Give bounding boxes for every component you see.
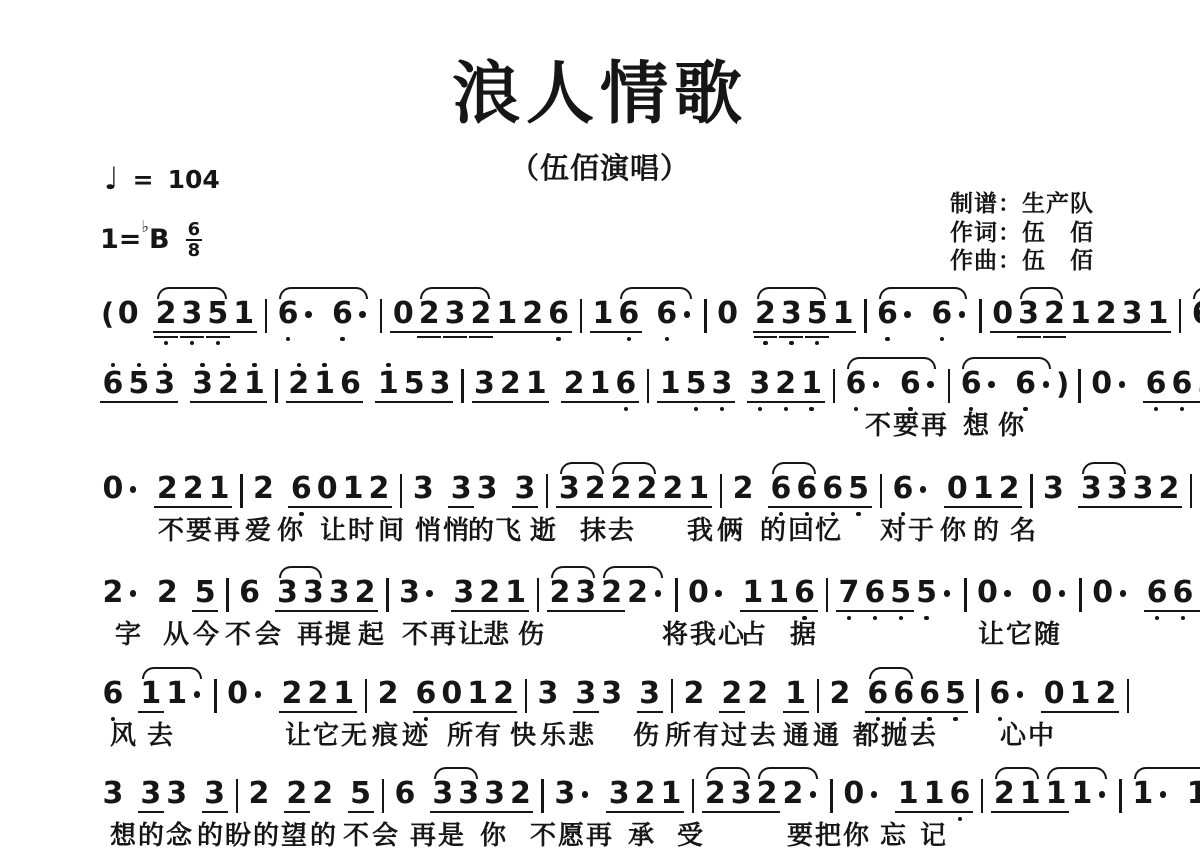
- key-prefix: 1=: [100, 224, 141, 255]
- note-digit: 1: [375, 367, 401, 403]
- note-digit: 3: [100, 777, 126, 811]
- note-digit: 2: [625, 576, 651, 610]
- note-digit: 1: [138, 677, 164, 713]
- tempo-marking: ♩ = 104: [104, 164, 220, 194]
- note-digit: 1: [1017, 777, 1043, 813]
- augmentation-dot: [130, 590, 137, 597]
- barline: [461, 369, 464, 403]
- barline: [1190, 474, 1193, 508]
- slur-arc: 66: [616, 297, 696, 333]
- note-digit: 3: [573, 677, 599, 713]
- note-digit: 2: [352, 576, 378, 612]
- note-digit: 2: [305, 677, 331, 713]
- note-digit: 5: [804, 297, 830, 333]
- lyric-segment: 所: [665, 715, 693, 752]
- lyric-segment: 对于: [880, 510, 936, 547]
- augmentation-dot: [871, 791, 878, 798]
- lyric-segment: 你: [940, 510, 968, 547]
- lyric-segment: 你: [480, 815, 508, 850]
- barline: [981, 779, 984, 813]
- augmentation-dot: [810, 791, 817, 798]
- note-digit: 2: [1093, 297, 1119, 333]
- note-digit: 0: [100, 472, 126, 506]
- note-digit: 3: [637, 677, 663, 713]
- note-digit: 6: [616, 297, 642, 333]
- lyric-segment: 的念: [138, 815, 194, 850]
- slur-arc: 23: [547, 576, 599, 612]
- note-digit: 3: [778, 297, 804, 333]
- note-digit: 2: [681, 677, 707, 711]
- lyric-segment: 的望: [253, 815, 309, 850]
- barline: [382, 779, 385, 813]
- note-digit: 0: [314, 472, 340, 508]
- note-digit: 2: [246, 777, 272, 811]
- slur-arc: 66: [958, 367, 1055, 401]
- lyric-segment: 再提: [297, 614, 353, 651]
- notation-row: (0235166023212616602351660321231660561: [100, 297, 1200, 335]
- augmentation-dot: [988, 381, 995, 388]
- parenthesis: (: [100, 297, 115, 331]
- tempo-bpm: 104: [168, 165, 220, 194]
- barline: [541, 779, 544, 813]
- slur-arc: 33: [1078, 472, 1130, 508]
- note-digit: 2: [634, 472, 660, 508]
- lyric-segment: 受: [677, 815, 705, 850]
- lyric-segment: 盼: [225, 815, 253, 850]
- barline: [240, 474, 243, 508]
- augmentation-dot: [1099, 791, 1106, 798]
- barline: [675, 578, 678, 612]
- note-digit: 1: [587, 367, 613, 403]
- lyric-segment: 忆: [815, 510, 843, 547]
- note-digit: 6: [862, 576, 888, 612]
- augmentation-dot: [194, 691, 201, 698]
- augmentation-dot: [582, 791, 589, 798]
- note-digit: 0: [390, 297, 416, 333]
- lyric-segment: 都抛: [853, 715, 909, 752]
- note-digit: 3: [747, 367, 773, 403]
- note-digit: 6: [275, 297, 301, 331]
- augmentation-dot: [426, 590, 433, 597]
- lyric-segment: 会: [255, 614, 283, 651]
- note-digit: 2: [520, 297, 546, 333]
- note-digit: 6: [768, 472, 794, 508]
- slur-arc: 23: [702, 777, 754, 813]
- time-signature-numerator: 6: [186, 220, 203, 241]
- note-digit: 2: [508, 777, 534, 813]
- note-digit: 2: [1093, 677, 1119, 713]
- lyric-segment: 将我心: [662, 614, 746, 651]
- notation-row: 3333222563332332123220116211111: [100, 777, 1200, 815]
- barline: [826, 578, 829, 612]
- note-digit: 2: [416, 297, 442, 333]
- note-digit: 1: [231, 297, 257, 333]
- note-digit: 6: [897, 367, 923, 401]
- credit-composer: 作曲：伍 佰: [950, 247, 1094, 276]
- credits-block: 制谱：生产队 作词：伍 佰 作曲：伍 佰: [950, 190, 1094, 276]
- note-digit: 2: [780, 777, 806, 811]
- lyric-segment: 不: [343, 815, 371, 850]
- note-digit: 6: [330, 297, 356, 331]
- note-digit: 1: [766, 576, 792, 612]
- note-digit: 0: [1041, 677, 1067, 713]
- lyric-segment: 快: [510, 715, 538, 752]
- note-digit: 2: [991, 777, 1017, 813]
- note-digit: 0: [1090, 576, 1116, 610]
- slur-arc: 22: [608, 472, 660, 508]
- note-digit: 0: [990, 297, 1016, 333]
- lyric-segment: 去: [910, 715, 938, 752]
- note-digit: 1: [657, 367, 683, 403]
- augmentation-dot: [655, 590, 662, 597]
- note-digit: 3: [1041, 472, 1067, 506]
- barline: [386, 578, 389, 612]
- augmentation-dot: [1059, 590, 1066, 597]
- note-digit: 3: [427, 367, 453, 403]
- note-digit: 2: [216, 367, 242, 403]
- barline: [537, 578, 540, 612]
- note-digit: 6: [392, 777, 418, 811]
- note-digit: 6: [792, 576, 818, 612]
- lyric-segment: 有过: [693, 715, 749, 752]
- note-digit: 6: [288, 472, 314, 508]
- lyric-segment: 让时: [320, 510, 376, 547]
- notation-line: 022126012333332222126665601233332不要再爱你让时…: [100, 472, 1200, 510]
- barline: [948, 369, 951, 403]
- note-digit: 1: [1043, 777, 1069, 813]
- lyric-segment: 再是: [410, 815, 466, 850]
- note-digit: 1: [1069, 777, 1095, 811]
- note-digit: 5: [205, 297, 231, 333]
- lyric-segment: 心中: [1000, 715, 1056, 752]
- slur-arc: 33: [430, 777, 482, 813]
- note-digit: 5: [1195, 367, 1200, 403]
- barline: [236, 779, 239, 813]
- note-digit: 6: [1143, 367, 1169, 403]
- note-digit: 2: [745, 677, 771, 711]
- note-digit: 1: [206, 472, 232, 508]
- note-digit: 6: [958, 367, 984, 401]
- note-digit: 3: [556, 472, 582, 508]
- note-digit: 2: [719, 677, 745, 713]
- note-digit: 6: [1169, 367, 1195, 403]
- note-digit: 0: [1029, 576, 1055, 610]
- note-digit: 3: [410, 472, 436, 506]
- note-digit: 3: [275, 576, 301, 612]
- note-digit: 2: [754, 777, 780, 813]
- lyric-segment: 的: [310, 815, 338, 850]
- lyric-segment: 不愿再: [530, 815, 614, 850]
- note-digit: 5: [192, 576, 218, 612]
- note-digit: 1: [494, 297, 520, 333]
- notation-line: 225633323321232201167655000665字从今不会再提起不再…: [100, 576, 1200, 614]
- lyric-segment: 让它无: [285, 715, 369, 752]
- note-digit: 6: [546, 297, 572, 333]
- barline: [365, 679, 368, 713]
- augmentation-dot: [1120, 590, 1127, 597]
- slur-arc: 22: [599, 576, 667, 612]
- barline: [1179, 299, 1182, 333]
- note-digit: 3: [573, 576, 599, 612]
- note-digit: 2: [753, 297, 779, 333]
- barline: [692, 779, 695, 813]
- lyric-segment: 悲: [483, 614, 511, 651]
- time-signature: 6 8: [186, 220, 203, 260]
- lyric-segment: 的回: [760, 510, 816, 547]
- note-digit: 7: [836, 576, 862, 612]
- note-digit: 0: [944, 472, 970, 508]
- note-digit: 1: [686, 472, 712, 508]
- augmentation-dot: [1017, 691, 1024, 698]
- lyric-segment: 迹: [402, 715, 430, 752]
- barline: [704, 299, 707, 333]
- slur-arc: 32: [1016, 297, 1068, 333]
- barline: [1079, 578, 1082, 612]
- lyric-segment: 乐悲: [540, 715, 596, 752]
- note-digit: 3: [474, 472, 500, 506]
- lyric-segment: 的: [973, 510, 1001, 547]
- lyric-segment: 通: [813, 715, 841, 752]
- note-digit: 6: [100, 367, 126, 403]
- note-digit: 3: [179, 297, 205, 333]
- note-digit: 3: [1104, 472, 1130, 508]
- lyric-segment: 从: [163, 614, 191, 651]
- barline: [265, 299, 268, 333]
- note-digit: 1: [783, 677, 809, 713]
- lyric-segment: 不: [225, 614, 253, 651]
- barline: [1127, 679, 1130, 713]
- tempo-equals: =: [133, 165, 154, 194]
- note-digit: 1: [740, 576, 766, 612]
- lyric-segment: 让它随: [978, 614, 1062, 651]
- note-digit: 3: [1078, 472, 1104, 508]
- lyric-segment: 去: [750, 715, 778, 752]
- note-digit: 6: [820, 472, 846, 508]
- note-digit: 6: [794, 472, 820, 508]
- note-digit: 6: [613, 367, 639, 403]
- note-digit: 2: [491, 677, 517, 713]
- note-digit: 3: [138, 777, 164, 813]
- barline: [864, 299, 867, 333]
- note-digit: 2: [375, 677, 401, 711]
- note-digit: 6: [100, 677, 126, 711]
- note-digit: 2: [310, 777, 336, 811]
- augmentation-dot: [255, 691, 262, 698]
- note-digit: 6: [929, 297, 955, 331]
- note-digit: 2: [996, 472, 1022, 508]
- lyric-segment: 所有: [447, 715, 503, 752]
- note-digit: 2: [702, 777, 728, 813]
- slur-arc: 21: [991, 777, 1043, 813]
- note-digit: 3: [472, 367, 498, 403]
- note-digit: 3: [606, 777, 632, 813]
- barline: [400, 474, 403, 508]
- slur-arc: 22: [754, 777, 822, 813]
- key-tonic: B: [149, 224, 170, 255]
- notation-row: 61102212601233332221266656012: [100, 677, 1200, 715]
- augmentation-dot: [715, 590, 722, 597]
- barline: [380, 299, 383, 333]
- slur-arc: 235: [753, 297, 831, 333]
- note-digit: 2: [366, 472, 392, 508]
- note-digit: 3: [202, 777, 228, 813]
- note-digit: 6: [654, 297, 680, 331]
- lyric-segment: 风: [110, 715, 138, 752]
- note-digit: 3: [512, 472, 538, 508]
- note-digit: 2: [773, 367, 799, 403]
- lyric-segment: 承: [628, 815, 656, 850]
- note-digit: 1: [590, 297, 616, 333]
- augmentation-dot: [130, 486, 137, 493]
- note-digit: 5: [914, 576, 940, 610]
- augmentation-dot: [1004, 590, 1011, 597]
- note-digit: 2: [100, 576, 126, 610]
- note-digit: 3: [456, 777, 482, 813]
- note-digit: 3: [728, 777, 754, 813]
- augmentation-dot: [359, 311, 366, 318]
- lyric-segment: 痕: [372, 715, 400, 752]
- notation-row: 6533212161533212161533216666)0665611: [100, 367, 1200, 405]
- lyric-segment: 忘: [880, 815, 908, 850]
- note-digit: 6: [1013, 367, 1039, 401]
- note-digit: 3: [709, 367, 735, 403]
- barline: [214, 679, 217, 713]
- barline: [647, 369, 650, 403]
- note-digit: 3: [1016, 297, 1042, 333]
- note-digit: 2: [1156, 472, 1182, 508]
- note-digit: 5: [348, 777, 374, 813]
- slur-arc: 33: [275, 576, 327, 612]
- barline: [976, 679, 979, 713]
- parenthesis: ): [1055, 367, 1070, 401]
- note-digit: 6: [947, 777, 973, 813]
- note-digit: 0: [975, 576, 1001, 610]
- slur-arc: 232: [416, 297, 494, 333]
- lyric-segment: 俩: [717, 510, 745, 547]
- note-digit: 2: [477, 576, 503, 612]
- note-digit: 6: [237, 576, 263, 610]
- note-digit: 2: [827, 677, 853, 711]
- lyric-segment: 伤: [518, 614, 546, 651]
- note-digit: 1: [799, 367, 825, 403]
- note-digit: 6: [1170, 576, 1196, 612]
- notation-line: 61102212601233332221266656012风去让它无痕迹所有快乐…: [100, 677, 1200, 715]
- lyric-segment: 去: [147, 715, 175, 752]
- note-digit: 1: [895, 777, 921, 813]
- lyrics-row: 风去让它无痕迹所有快乐悲伤所有过去通通都抛去心中: [100, 715, 1200, 747]
- lyric-segment: 记: [920, 815, 948, 850]
- lyric-segment: 间: [378, 510, 406, 547]
- note-digit: 3: [300, 576, 326, 612]
- lyric-segment: 今: [193, 614, 221, 651]
- note-digit: 3: [397, 576, 423, 610]
- note-digit: 6: [987, 677, 1013, 711]
- note-digit: 0: [225, 677, 251, 711]
- lyric-segment: 逝: [530, 510, 558, 547]
- note-digit: 6: [875, 297, 901, 331]
- quarter-note-icon: ♩: [104, 164, 119, 194]
- barline: [1030, 474, 1033, 508]
- note-digit: 6: [1189, 297, 1200, 331]
- lyric-segment: 悄悄: [415, 510, 471, 547]
- note-digit: 2: [180, 472, 206, 508]
- note-digit: 5: [126, 367, 152, 403]
- note-digit: 3: [152, 367, 178, 403]
- lyrics-row: 不要再想你: [100, 405, 1200, 437]
- barline: [964, 578, 967, 612]
- note-digit: 2: [497, 367, 523, 403]
- time-signature-denominator: 8: [188, 241, 201, 260]
- note-digit: 1: [340, 472, 366, 508]
- slur-arc: 11: [138, 677, 206, 713]
- note-digit: 0: [841, 777, 867, 811]
- note-digit: 3: [451, 576, 477, 612]
- note-digit: 1: [1184, 777, 1200, 811]
- barline: [275, 369, 278, 403]
- lyric-segment: 通: [783, 715, 811, 752]
- lyrics-row: 字从今不会再提起不再让悲伤将我心占据让它随: [100, 614, 1200, 646]
- note-digit: 1: [331, 677, 357, 713]
- note-digit: 1: [1145, 297, 1171, 333]
- augmentation-dot: [920, 486, 927, 493]
- note-digit: 1: [1067, 677, 1093, 713]
- barline: [979, 299, 982, 333]
- note-digit: 6: [917, 677, 943, 713]
- song-title: 浪人情歌: [0, 40, 1200, 137]
- note-digit: 5: [401, 367, 427, 403]
- note-digit: 2: [582, 472, 608, 508]
- note-digit: 6: [338, 367, 364, 403]
- lyric-segment: 想: [963, 405, 991, 442]
- note-digit: 5: [846, 472, 872, 508]
- note-digit: 3: [1130, 472, 1156, 508]
- augmentation-dot: [684, 311, 691, 318]
- lyric-segment: 不要再: [158, 510, 242, 547]
- note-digit: 0: [439, 677, 465, 713]
- note-digit: 2: [153, 297, 179, 333]
- note-digit: 3: [599, 677, 625, 711]
- note-digit: 1: [164, 677, 190, 711]
- lyric-segment: 你: [277, 510, 305, 547]
- lyric-segment: 伤: [633, 715, 661, 752]
- augmentation-dot: [959, 311, 966, 318]
- note-digit: 6: [413, 677, 439, 713]
- lyric-segment: 飞: [495, 510, 523, 547]
- flat-icon: ♭: [141, 217, 149, 236]
- slur-arc: 66: [843, 367, 940, 401]
- lyric-segment: 要把你: [787, 815, 871, 850]
- sheet-music-page: 浪人情歌 （伍佰演唱） ♩ = 104 1=♭B 6 8 制谱：生产队 作词：伍…: [0, 0, 1200, 850]
- lyric-segment: 我: [687, 510, 715, 547]
- note-digit: 1: [921, 777, 947, 813]
- note-digit: 2: [599, 576, 625, 612]
- note-digit: 6: [843, 367, 869, 401]
- note-digit: 2: [279, 677, 305, 713]
- barline: [720, 474, 723, 508]
- notation-line: 6533212161533212161533216666)0665611不要再想…: [100, 367, 1200, 405]
- augmentation-dot: [904, 311, 911, 318]
- slur-arc: 66: [865, 677, 917, 713]
- note-digit: 1: [312, 367, 338, 403]
- barline: [880, 474, 883, 508]
- lyric-segment: 的: [197, 815, 225, 850]
- note-digit: 2: [468, 297, 494, 333]
- note-digit: 2: [284, 777, 310, 813]
- note-digit: 3: [190, 367, 216, 403]
- note-digit: 1: [523, 367, 549, 403]
- notation-line: 3333222563332332123220116211111想的念的盼的望的不…: [100, 777, 1200, 815]
- augmentation-dot: [944, 590, 951, 597]
